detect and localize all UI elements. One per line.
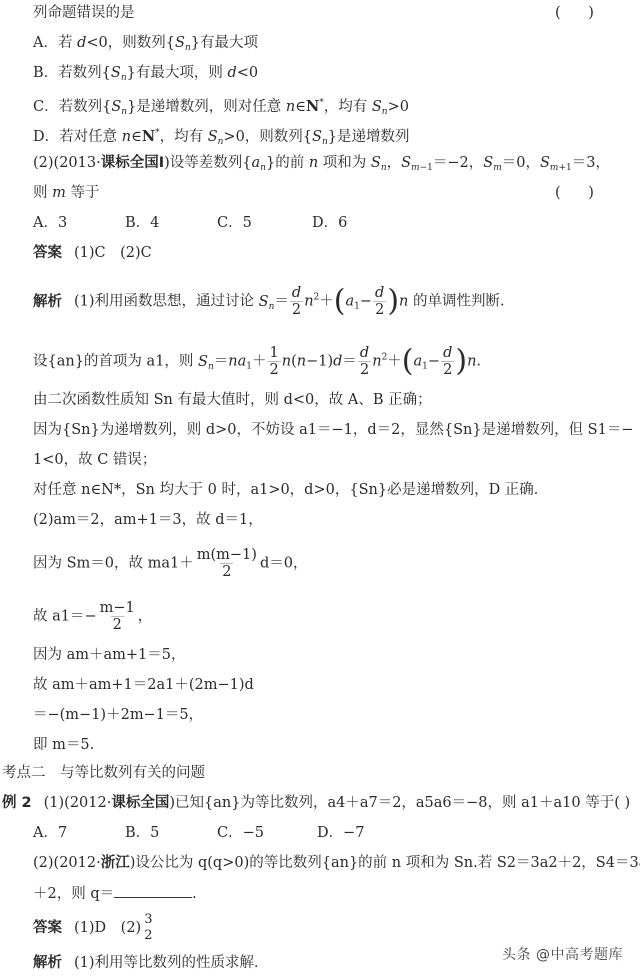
analysis-line-11: 故 am＋am+1＝2a1＋(2m−1)d [33,675,254,695]
analysis-line-4: 因为{Sn}为递增数列，则 d>0，不妨设 a1＝−1，d＝2，显然{Sn}是递… [33,420,634,440]
answer-bracket: ( ) [555,3,594,23]
q-prefix: (2)(2012· [33,855,101,871]
analysis-text: 设{an}的首项为 a1，则 [33,354,198,370]
example-2-q2-line2: ＋2，则 q＝. [33,883,197,904]
analysis-line-6: 对任意 n∈N*，Sn 均大于 0 时，a1>0，d>0，{Sn}必是递增数列，… [33,480,548,500]
analysis-line-1: 解析(1)利用函数思想，通过讨论 Sn＝d2n2＋(a1−d2)n 的单调性判断… [33,285,515,318]
q-stem: . [192,886,197,902]
analysis-text: (1)利用函数思想，通过讨论 [74,294,259,310]
analysis-text: ， [138,609,153,625]
example-2-q1: 例 2(1)(2012·课标全国)已知{an}为等比数列，a4＋a7＝2，a5a… [2,793,630,813]
q-stem: ＋2，则 q＝ [33,886,114,902]
option-a: A．若 d<0，则数列{Sn}有最大项 [33,33,258,58]
question-stem-end: 列命题错误的是 [33,3,135,23]
analysis-line-9: 故 a1＝−m−12， [33,600,152,633]
section-heading: 考点二 与等比数列有关的问题 [2,763,205,783]
analysis-text: 因为 Sm＝0，故 ma1＋ [33,556,194,572]
question-2-stem: (2)(2013·课标全国Ⅰ)设等差数列{an}的前 n 项和为 Sn，Sm−1… [33,153,610,178]
option-c: C．−5 [217,823,317,843]
analysis-line-5: 1<0，故 C 错误； [33,450,156,470]
option-d: D．−7 [317,823,365,843]
analysis-text: 故 a1＝− [33,609,97,625]
example-2-q1-options: A．7B．5C．−5D．−7 [33,823,365,843]
analysis-text: 的单调性判断． [408,294,514,310]
option-d: D．6 [312,213,347,233]
analysis-line-2: 设{an}的首项为 a1，则 Sn＝na1＋12n(n−1)d＝d2n2＋(a1… [33,345,481,378]
option-b: B．4 [125,213,217,233]
answer-label: 答案 [33,245,62,261]
q-stem: )已知{an}为等比数列，a4＋a7＝2，a5a6＝−8，则 a1＋a10 等于… [169,795,630,811]
answer-text: (1)C (2)C [74,245,152,261]
analysis-line-13: 即 m＝5. [33,735,94,755]
analysis-label: 解析 [33,294,62,310]
question-2-options: A．3B．4C．5D．6 [33,213,347,233]
fraction-numerator: m(m−1) [195,547,259,563]
fraction-denominator: 2 [220,563,233,580]
fraction-numerator: m−1 [98,600,137,616]
answer-blank[interactable] [114,883,192,898]
answer-line: 答案(1)C (2)C [33,243,152,263]
analysis-text: d＝0， [260,556,308,572]
q-source: 浙江 [101,855,130,871]
option-a: A．3 [33,213,125,233]
answer-bracket: ( ) [555,183,594,203]
fraction-numerator: 3 [142,912,154,928]
analysis-line-10: 因为 am＋am+1＝5， [33,645,186,665]
fraction-denominator: 2 [111,616,124,633]
q2-source: 课标全国Ⅰ [101,155,164,171]
answer-label: 答案 [33,920,62,936]
analysis-label: 解析 [33,955,62,971]
option-c: C．若数列{Sn}是递增数列，则对任意 n∈N*，均有 Sn>0 [33,93,409,122]
analysis-text: (1)利用等比数列的性质求解． [74,955,269,971]
analysis-line-12: ＝−(m−1)＋2m−1＝5， [33,705,203,725]
watermark: 头条 @中高考题库 [502,944,623,964]
q2-prefix: (2)(2013· [33,155,101,171]
option-b: B．若数列{Sn}有最大项，则 d<0 [33,63,258,88]
option-b: B．5 [125,823,217,843]
answer-line: 答案(1)D (2)32 [33,912,156,944]
option-d: D．若对任意 n∈N*，均有 Sn>0，则数列{Sn}是递增数列 [33,123,410,152]
analysis-line-3: 由二次函数性质知 Sn 有最大值时，则 d<0，故 A、B 正确； [33,390,432,410]
question-2-stem-2: 则 m 等于 [33,183,99,203]
example-label: 例 2 [2,795,32,811]
example-2-q2: (2)(2012·浙江)设公比为 q(q>0)的等比数列{an}的前 n 项和为… [33,853,640,873]
q-source: 课标全国 [111,795,169,811]
q-stem: )设公比为 q(q>0)的等比数列{an}的前 n 项和为 Sn.若 S2＝3a… [130,855,640,871]
analysis-line-7: (2)am＝2，am+1＝3，故 d＝1， [33,510,263,530]
option-a: A．7 [33,823,125,843]
analysis-line-8: 因为 Sm＝0，故 ma1＋m(m−1)2d＝0， [33,547,307,580]
option-c: C．5 [217,213,312,233]
answer-text: (1)D (2) [74,920,141,936]
fraction-denominator: 2 [142,928,154,944]
q-prefix: (1)(2012· [44,795,112,811]
analysis-2-line: 解析(1)利用等比数列的性质求解． [33,953,269,973]
